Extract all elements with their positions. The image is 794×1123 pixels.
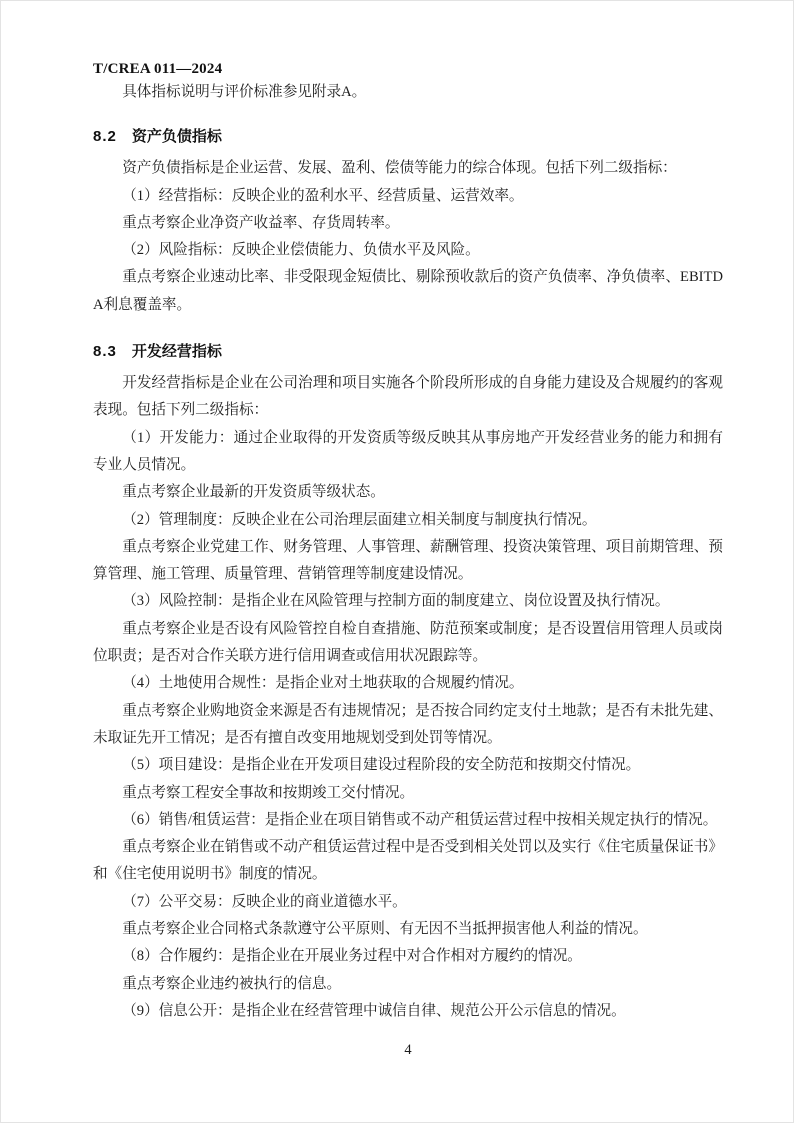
- paragraph: （2）风险指标：反映企业偿债能力、负债水平及风险。: [93, 237, 723, 264]
- paragraph: （1）经营指标：反映企业的盈利水平、经营质量、运营效率。: [93, 183, 723, 210]
- paragraph: 重点考察工程安全事故和按期竣工交付情况。: [93, 780, 723, 807]
- section-body-asset-liability: 资产负债指标是企业运营、发展、盈利、偿债等能力的综合体现。包括下列二级指标： （…: [93, 155, 723, 319]
- section-heading-asset-liability: 8.2资产负债指标: [93, 123, 723, 150]
- paragraph: （9）信息公开：是指企业在经营管理中诚信自律、规范公开公示信息的情况。: [93, 998, 723, 1025]
- paragraph: 重点考察企业违约被执行的信息。: [93, 971, 723, 998]
- section-title: 资产负债指标: [132, 128, 222, 145]
- paragraph: 重点考察企业最新的开发资质等级状态。: [93, 479, 723, 506]
- section-number: 8.2: [93, 128, 117, 145]
- section-heading-development-operation: 8.3开发经营指标: [93, 338, 723, 365]
- section-title: 开发经营指标: [132, 343, 222, 360]
- paragraph: （5）项目建设：是指企业在开发项目建设过程阶段的安全防范和按期交付情况。: [93, 752, 723, 779]
- paragraph: （1）开发能力：通过企业取得的开发资质等级反映其从事房地产开发经营业务的能力和拥…: [93, 425, 723, 480]
- paragraph: 重点考察企业是否设有风险管控自检自查措施、防范预案或制度；是否设置信用管理人员或…: [93, 616, 723, 671]
- document-page: T/CREA 011—2024 具体指标说明与评价标准参见附录A。 8.2资产负…: [0, 0, 794, 1123]
- paragraph: 重点考察企业在销售或不动产租赁运营过程中是否受到相关处罚以及实行《住宅质量保证书…: [93, 834, 723, 889]
- paragraph: （7）公平交易：反映企业的商业道德水平。: [93, 889, 723, 916]
- page-number: 4: [93, 1040, 723, 1060]
- section-body-development-operation: 开发经营指标是企业在公司治理和项目实施各个阶段所形成的自身能力建设及合规履约的客…: [93, 370, 723, 1025]
- paragraph: （4）土地使用合规性：是指企业对土地获取的合规履约情况。: [93, 670, 723, 697]
- paragraph: （8）合作履约：是指企业在开展业务过程中对合作相对方履约的情况。: [93, 943, 723, 970]
- paragraph: （3）风险控制：是指企业在风险管理与控制方面的制度建立、岗位设置及执行情况。: [93, 588, 723, 615]
- paragraph: 重点考察企业净资产收益率、存货周转率。: [93, 210, 723, 237]
- document-code: T/CREA 011—2024: [93, 59, 723, 79]
- intro-paragraph: 具体指标说明与评价标准参见附录A。: [93, 79, 723, 106]
- paragraph: 开发经营指标是企业在公司治理和项目实施各个阶段所形成的自身能力建设及合规履约的客…: [93, 370, 723, 425]
- paragraph: 重点考察企业速动比率、非受限现金短债比、剔除预收款后的资产负债率、净负债率、EB…: [93, 264, 723, 319]
- paragraph: （2）管理制度：反映企业在公司治理层面建立相关制度与制度执行情况。: [93, 507, 723, 534]
- paragraph: 重点考察企业党建工作、财务管理、人事管理、薪酬管理、投资决策管理、项目前期管理、…: [93, 534, 723, 589]
- paragraph: 重点考察企业购地资金来源是否有违规情况；是否按合同约定支付土地款；是否有未批先建…: [93, 698, 723, 753]
- paragraph: 资产负债指标是企业运营、发展、盈利、偿债等能力的综合体现。包括下列二级指标：: [93, 155, 723, 182]
- section-number: 8.3: [93, 343, 117, 360]
- paragraph: 重点考察企业合同格式条款遵守公平原则、有无因不当抵押损害他人利益的情况。: [93, 916, 723, 943]
- paragraph: （6）销售/租赁运营：是指企业在项目销售或不动产租赁运营过程中按相关规定执行的情…: [93, 807, 723, 834]
